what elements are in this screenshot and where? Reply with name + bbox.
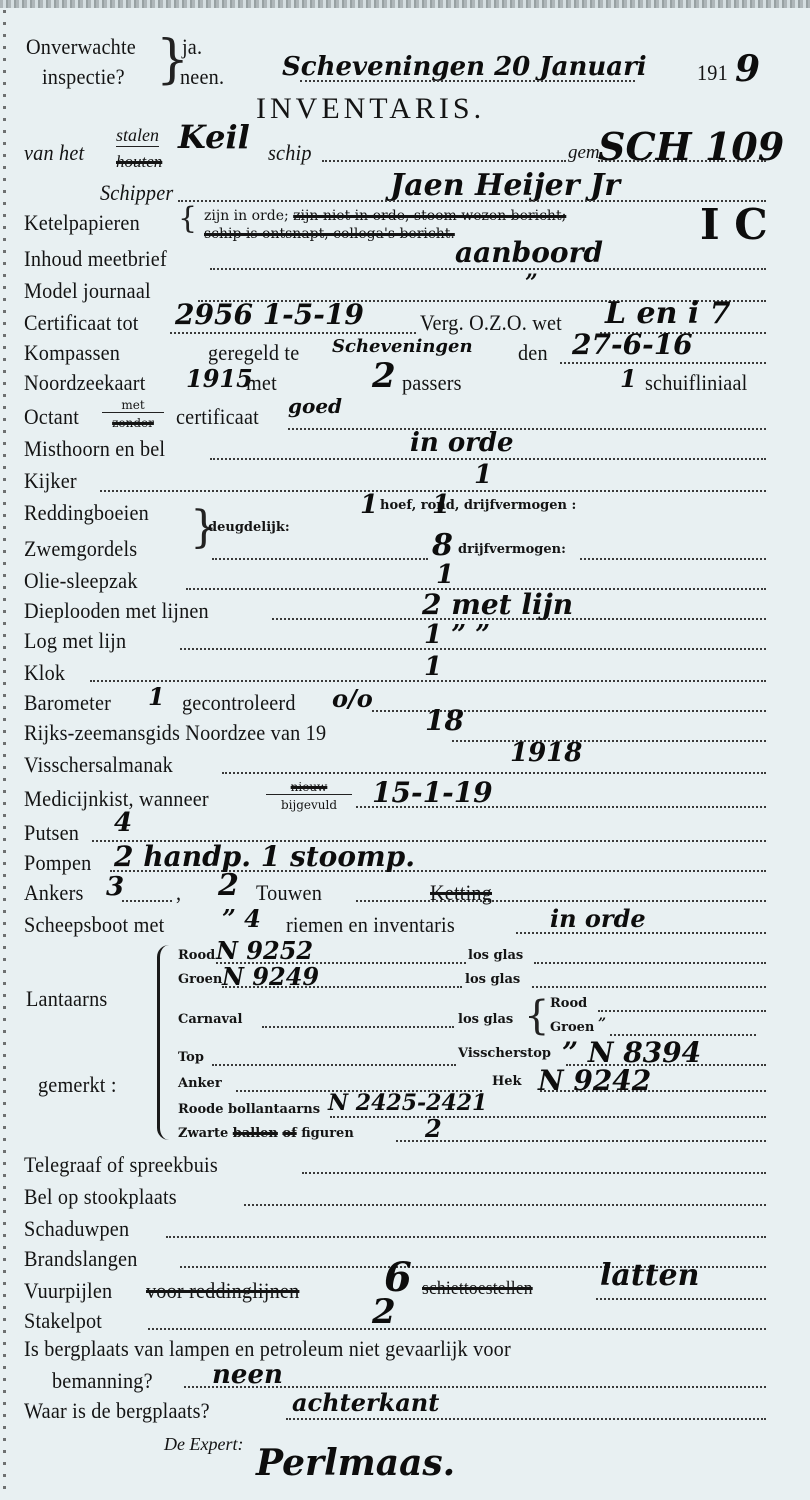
ketel-options-line-1: zijn in orde; zijn niet in orde, stoom w… bbox=[204, 208, 566, 224]
octant-met: met bbox=[102, 398, 164, 413]
klok-label: Klok bbox=[24, 660, 65, 686]
waar-hand: achterkant bbox=[292, 1388, 439, 1417]
boot-label: Scheepsboot met bbox=[24, 912, 164, 938]
rood-hand: N 9252 bbox=[216, 936, 313, 965]
kijker-hand: 1 bbox=[474, 460, 492, 490]
touwen-label: Touwen bbox=[256, 880, 322, 906]
waar-label: Waar is de bergplaats? bbox=[24, 1398, 210, 1424]
cert-hand: 2956 1-5-19 bbox=[175, 298, 364, 331]
groen-label: Groen bbox=[178, 972, 222, 987]
journaal-hand: ” bbox=[525, 270, 538, 296]
vuurpijlen-label: Vuurpijlen bbox=[24, 1278, 112, 1304]
ketting-struck: Ketting bbox=[430, 880, 492, 906]
zwarte-ballen-struck: ballen bbox=[233, 1126, 278, 1141]
misthoorn-label: Misthoorn en bel bbox=[24, 436, 165, 462]
carnaval-rood: Rood bbox=[550, 996, 587, 1011]
kaart-year-hand: 1915 bbox=[186, 364, 253, 393]
registration-hand: SCH 109 bbox=[598, 124, 784, 169]
stakelpot-hand: 2 bbox=[372, 1292, 396, 1332]
telegraaf-label: Telegraaf of spreekbuis bbox=[24, 1152, 218, 1178]
pompen-hand: 2 handp. 1 stoomp. bbox=[114, 840, 415, 873]
rood-label: Rood bbox=[178, 948, 215, 963]
zwarte-of-struck: of bbox=[282, 1126, 296, 1141]
bergplaats-question: Is bergplaats van lampen en petroleum ni… bbox=[24, 1336, 511, 1362]
geregeld-label: geregeld te bbox=[208, 340, 299, 366]
meetbrief-hand: aanboord bbox=[455, 236, 603, 269]
passers-hand: 2 bbox=[372, 356, 396, 396]
gids-hand: 18 bbox=[425, 704, 464, 737]
bollantaarns-hand: N 2425-2421 bbox=[328, 1090, 487, 1116]
gemerkt-label: gemerkt : bbox=[38, 1072, 117, 1098]
cert-label: Certificaat tot bbox=[24, 310, 139, 336]
option-yes: ja. bbox=[182, 34, 202, 60]
almanak-hand: 1918 bbox=[510, 738, 582, 768]
top-label: Top bbox=[178, 1050, 204, 1065]
vuurpijlen-hand-2: latten bbox=[600, 1258, 699, 1293]
schiettoestellen-struck: schiettoestellen bbox=[422, 1278, 533, 1300]
barometer-hand: 1 bbox=[148, 682, 165, 711]
boot-hand: ” 4 bbox=[222, 904, 261, 933]
liniaal-label: schuifliniaal bbox=[645, 370, 747, 396]
misthoorn-hand: in orde bbox=[410, 428, 514, 458]
lantaarns-brace bbox=[157, 945, 170, 1140]
octant-zonder: zonder bbox=[102, 416, 164, 430]
groen-los-glas: los glas bbox=[465, 972, 520, 987]
putsen-label: Putsen bbox=[24, 820, 79, 846]
octant-label: Octant bbox=[24, 404, 79, 430]
material-houten: houten bbox=[116, 152, 162, 172]
anker-label: Anker bbox=[178, 1076, 222, 1091]
pompen-label: Pompen bbox=[24, 850, 91, 876]
zwarte-label: Zwarte ballen of figuren bbox=[178, 1126, 354, 1141]
olie-label: Olie-sleepzak bbox=[24, 568, 138, 594]
medicijnkist-nieuw: nieuw bbox=[266, 780, 352, 795]
material-hand: Keil bbox=[178, 118, 250, 156]
liniaal-hand: 1 bbox=[620, 364, 637, 393]
kaart-label: Noordzeekaart bbox=[24, 370, 146, 396]
gordels-hand: 8 bbox=[432, 528, 453, 563]
medicijnkist-hand: 15-1-19 bbox=[372, 776, 493, 809]
gordels-detail: drijfvermogen: bbox=[458, 542, 566, 557]
carnaval-brace: { bbox=[524, 996, 549, 1036]
zwarte-figuren: figuren bbox=[301, 1126, 354, 1141]
octant-cert-label: certificaat bbox=[176, 404, 259, 430]
boeien-label: Reddingboeien bbox=[24, 500, 149, 526]
ketel-option-struck-2: schip is ontsnapt, collega's bericht. bbox=[204, 226, 455, 242]
ketel-option-ok: zijn in orde; bbox=[204, 208, 289, 224]
meetbrief-label: Inhoud meetbrief bbox=[24, 246, 167, 272]
gordels-label: Zwemgordels bbox=[24, 536, 137, 562]
barometer-label: Barometer bbox=[24, 690, 111, 716]
bel-label: Bel op stookplaats bbox=[24, 1184, 177, 1210]
schipper-label: Schipper bbox=[100, 180, 173, 206]
klok-hand: 1 bbox=[424, 652, 442, 682]
boot-hand-2: in orde bbox=[550, 904, 646, 933]
touwen-hand: 2 bbox=[218, 868, 239, 903]
log-label: Log met lijn bbox=[24, 628, 126, 654]
barometer-hand-2: o/o bbox=[332, 684, 373, 713]
bollantaarns-label: Roode bollantaarns bbox=[178, 1102, 320, 1117]
scan-perforation-edge bbox=[3, 10, 6, 1490]
bemanning-label: bemanning? bbox=[52, 1368, 153, 1394]
boeien-hand: 1 bbox=[360, 490, 378, 520]
kompassen-date-hand: 27-6-16 bbox=[572, 328, 693, 361]
putsen-hand: 4 bbox=[114, 808, 132, 838]
medicijnkist-bijgevuld: bijgevuld bbox=[266, 798, 352, 812]
kijker-label: Kijker bbox=[24, 468, 77, 494]
almanak-label: Visschersalmanak bbox=[24, 752, 173, 778]
lantaarns-label: Lantaarns bbox=[26, 986, 107, 1012]
ketel-brace: { bbox=[178, 204, 197, 234]
rood-los-glas: los glas bbox=[468, 948, 523, 963]
carnaval-groen-hand: ” bbox=[598, 1016, 606, 1032]
kompassen-label: Kompassen bbox=[24, 340, 120, 366]
journaal-label: Model journaal bbox=[24, 278, 151, 304]
document-title: INVENTARIS. bbox=[256, 92, 485, 126]
kompassen-place-hand: Scheveningen bbox=[332, 336, 473, 357]
gecontroleerd-label: gecontroleerd bbox=[182, 690, 296, 716]
boeien-hand-2: 1 bbox=[432, 490, 450, 520]
scan-top-edge bbox=[0, 0, 810, 8]
ozo-hand: L en i 7 bbox=[605, 296, 731, 331]
year-printed: 191 bbox=[697, 60, 728, 86]
ankers-hand: 3 bbox=[106, 872, 124, 902]
octant-hand: goed bbox=[288, 394, 342, 418]
ketel-mark: I C bbox=[700, 200, 768, 249]
expert-label: De Expert: bbox=[164, 1434, 243, 1455]
schipper-hand: Jaen Heijer Jr bbox=[390, 168, 620, 203]
olie-hand: 1 bbox=[436, 560, 454, 590]
ankers-comma: , bbox=[176, 880, 181, 906]
brandslangen-label: Brandslangen bbox=[24, 1246, 138, 1272]
zwarte-text: Zwarte bbox=[178, 1126, 233, 1141]
carnaval-label: Carnaval bbox=[178, 1012, 242, 1027]
den-label: den bbox=[518, 340, 548, 366]
vuurpijlen-struck: voor reddinglijnen bbox=[146, 1278, 299, 1304]
lood-label: Dieplooden met lijnen bbox=[24, 598, 209, 624]
boeien-detail: hoef, rond, drijfvermogen : bbox=[380, 498, 576, 513]
unexpected-label: Onverwachte bbox=[26, 34, 136, 60]
place-date-hand: Scheveningen 20 Januari bbox=[282, 52, 647, 82]
schip-label: schip bbox=[268, 140, 312, 166]
boot-label-2: riemen en inventaris bbox=[286, 912, 455, 938]
deugdelijk-label: deugdelijk: bbox=[208, 520, 290, 535]
carnaval-los-glas: los glas bbox=[458, 1012, 513, 1027]
visscherstop-label: Visscherstop bbox=[458, 1046, 551, 1061]
zwarte-hand: 2 bbox=[425, 1114, 442, 1143]
year-hand: 9 bbox=[735, 48, 760, 90]
stakelpot-label: Stakelpot bbox=[24, 1308, 102, 1334]
gids-label: Rijks-zeemansgids Noordzee van 19 bbox=[24, 720, 326, 746]
lood-hand: 2 met lijn bbox=[422, 588, 573, 621]
kaart-met-label: met bbox=[246, 370, 277, 396]
material-stalen: stalen bbox=[116, 125, 159, 147]
expert-signature: Perlmaas. bbox=[256, 1442, 455, 1484]
option-no: neen. bbox=[180, 64, 224, 90]
log-hand: 1 ” ” bbox=[424, 620, 490, 650]
gem-label: gem bbox=[568, 142, 600, 164]
schaduwpen-label: Schaduwpen bbox=[24, 1216, 129, 1242]
hek-label: Hek bbox=[492, 1074, 522, 1089]
inspection-label: inspectie? bbox=[42, 64, 125, 90]
carnaval-groen: Groen bbox=[550, 1020, 594, 1035]
ankers-label: Ankers bbox=[24, 880, 84, 906]
van-het-label: van het bbox=[24, 140, 84, 166]
ozo-label: Verg. O.Z.O. wet bbox=[420, 310, 562, 336]
passers-label: passers bbox=[402, 370, 462, 396]
ketel-label: Ketelpapieren bbox=[24, 210, 140, 236]
hek-hand: N 9242 bbox=[538, 1064, 651, 1097]
ketel-option-struck-1: zijn niet in orde, stoom wezen bericht; bbox=[293, 208, 566, 224]
